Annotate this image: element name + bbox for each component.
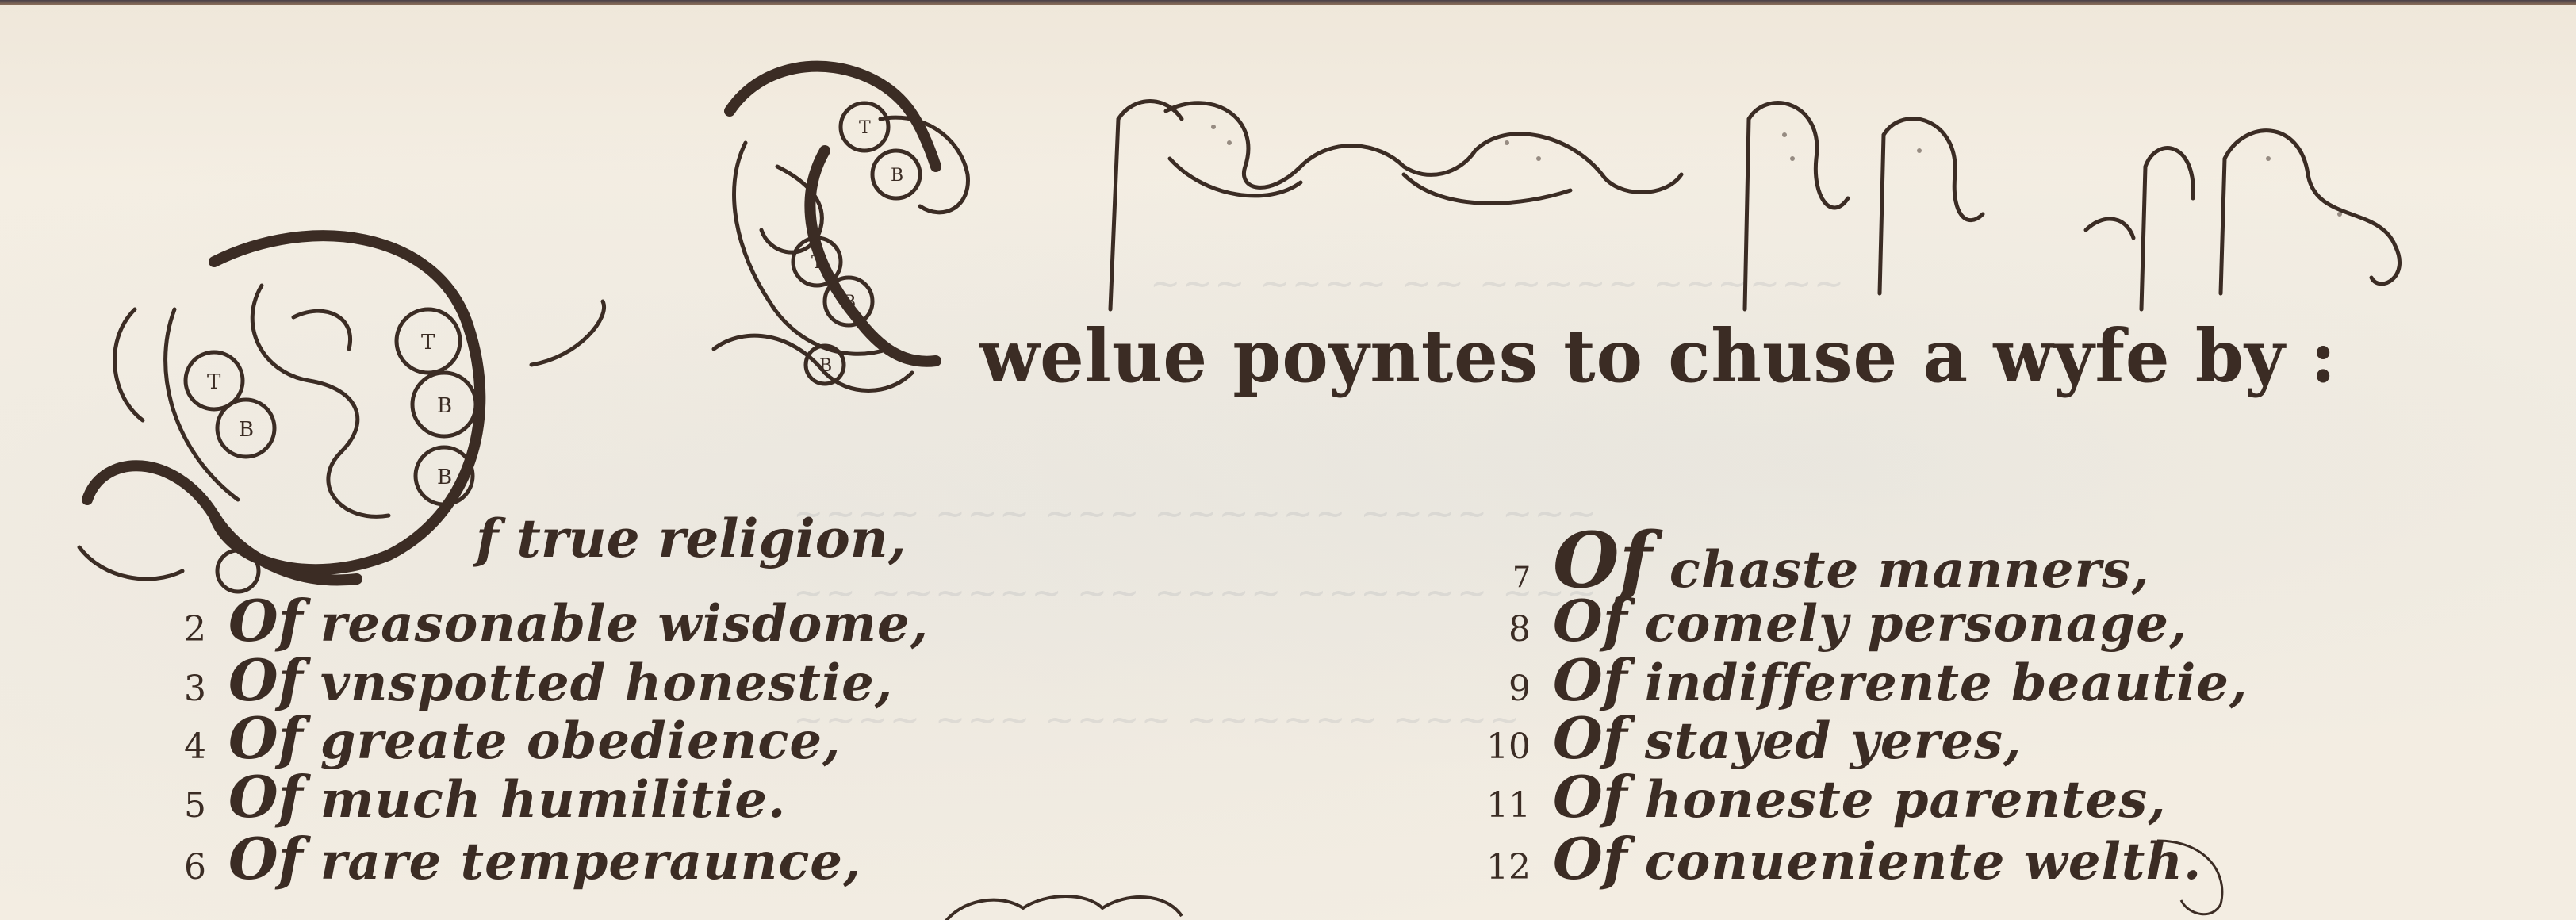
list-item-5: 5 Of much humilitie. xyxy=(159,763,786,830)
item-prefix: Of xyxy=(228,587,303,654)
decorated-initial-t-icon: T B T B B xyxy=(698,48,999,397)
item-number: 11 xyxy=(1483,785,1531,826)
item-prefix: Of xyxy=(1553,763,1627,830)
item-prefix: Of xyxy=(228,763,303,830)
item-number: 5 xyxy=(159,785,206,826)
manuscript-page: ~~~ ~~~~ ~~ ~~~~~ ~~~~~~ ~~~~ ~~~ ~~~ ~~… xyxy=(0,0,2576,920)
item-text: f true religion, xyxy=(476,508,907,569)
monogram-letter: T xyxy=(811,253,823,273)
item-text: much humilitie. xyxy=(320,770,787,830)
item-prefix: Of xyxy=(228,825,303,892)
monogram-letter: B xyxy=(891,166,903,186)
bleed-through-text: ~~~~ ~~~ ~~~ ~~~~~~ ~~~~ ~~~ xyxy=(793,492,1599,535)
item-number: 9 xyxy=(1483,669,1531,709)
item-number: 4 xyxy=(159,726,206,767)
list-item-10: 10 Of stayed yeres, xyxy=(1483,704,2022,772)
item-text: conueniente welth. xyxy=(1645,832,2202,891)
item-prefix: Of xyxy=(228,704,303,772)
monogram-letter: T xyxy=(859,118,871,138)
list-item-1: f true religion, xyxy=(476,508,907,569)
monogram-letter: B xyxy=(437,394,452,418)
bleed-through-text: ~~~~ ~~~ ~~~~ ~~~~~~ ~~~~ xyxy=(793,698,1521,741)
page-title: welue poyntes to chuse a wyfe by : xyxy=(979,313,2336,399)
item-prefix: Of xyxy=(1553,704,1627,772)
monogram-letter: B xyxy=(239,418,254,442)
item-prefix: Of xyxy=(1553,825,1627,892)
item-number: 2 xyxy=(159,609,206,650)
list-item-6: 6 Of rare temperaunce, xyxy=(159,825,861,892)
monogram-letter: T xyxy=(421,331,435,355)
item-text: honeste parentes, xyxy=(1645,770,2167,830)
monogram-letter: T xyxy=(207,370,221,394)
list-item-8: 8 Of comely personage, xyxy=(1483,587,2187,654)
item-text: rare temperaunce, xyxy=(320,832,862,891)
list-item-11: 11 Of honeste parentes, xyxy=(1483,763,2167,830)
monogram-letter: B xyxy=(843,293,856,312)
item-number: 6 xyxy=(159,847,206,887)
list-item-12: 12 Of conueniente welth. xyxy=(1483,825,2202,892)
descender-flourish-icon xyxy=(2141,825,2237,920)
item-text: comely personage, xyxy=(1645,594,2188,654)
monogram-letter: B xyxy=(819,356,832,376)
item-text: reasonable wisdome, xyxy=(320,594,929,654)
item-number: 3 xyxy=(159,669,206,709)
page-top-edge xyxy=(0,0,2576,5)
item-number: 12 xyxy=(1483,847,1531,887)
title-flourish-icon xyxy=(1031,87,2506,325)
item-number: 10 xyxy=(1483,726,1531,767)
item-prefix: Of xyxy=(1553,587,1627,654)
bottom-flourish-icon xyxy=(936,892,1190,920)
item-text: greate obedience, xyxy=(320,711,841,771)
item-text: stayed yeres, xyxy=(1645,711,2022,771)
monogram-letter: B xyxy=(437,466,452,489)
list-item-4: 4 Of greate obedience, xyxy=(159,704,841,772)
list-item-2: 2 Of reasonable wisdome, xyxy=(159,587,929,654)
item-number: 8 xyxy=(1483,609,1531,650)
